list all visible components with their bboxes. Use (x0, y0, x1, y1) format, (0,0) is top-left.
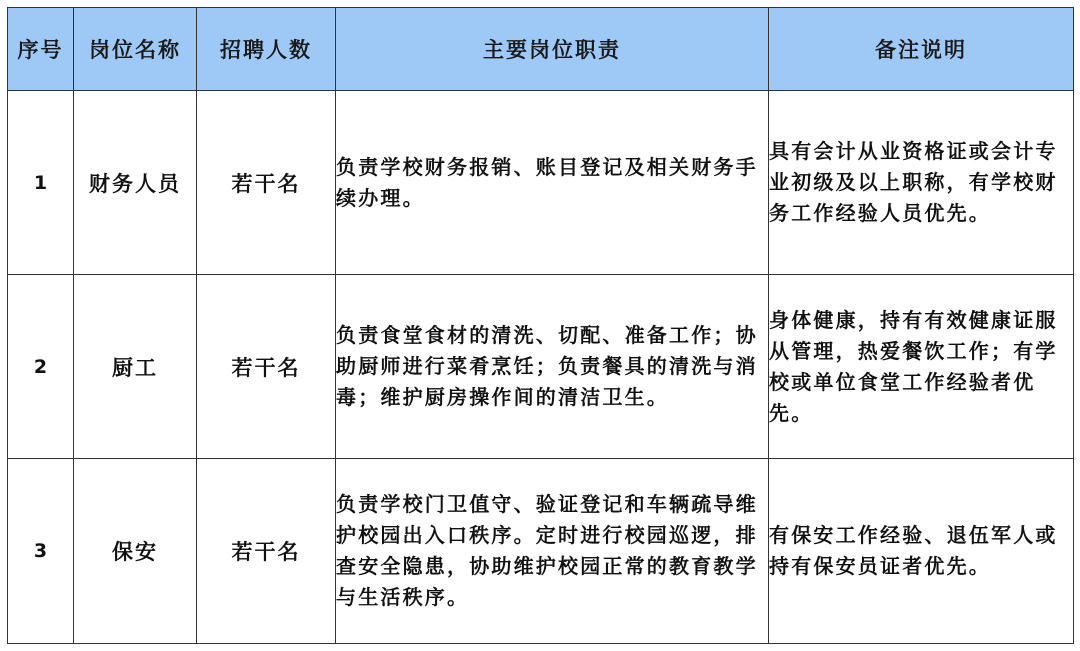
header-count: 招聘人数 (197, 8, 336, 91)
header-remarks: 备注说明 (769, 8, 1074, 91)
cell-position: 财务人员 (74, 91, 197, 275)
cell-index: 2 (8, 275, 74, 459)
table-row: 2 厨工 若干名 负责食堂食材的清洗、切配、准备工作；协助厨师进行菜肴烹饪；负责… (8, 275, 1074, 459)
header-row: 序号 岗位名称 招聘人数 主要岗位职责 备注说明 (8, 8, 1074, 91)
cell-count: 若干名 (197, 91, 336, 275)
cell-position: 厨工 (74, 275, 197, 459)
cell-count: 若干名 (197, 275, 336, 459)
header-duties: 主要岗位职责 (336, 8, 769, 91)
cell-duties: 负责学校门卫值守、验证登记和车辆疏导维护校园出入口秩序。定时进行校园巡逻，排查安… (336, 459, 769, 644)
cell-remarks: 具有会计从业资格证或会计专业初级及以上职称，有学校财务工作经验人员优先。 (769, 91, 1074, 275)
header-index: 序号 (8, 8, 74, 91)
table-row: 1 财务人员 若干名 负责学校财务报销、账目登记及相关财务手续办理。 具有会计从… (8, 91, 1074, 275)
header-position: 岗位名称 (74, 8, 197, 91)
cell-count: 若干名 (197, 459, 336, 644)
cell-duties: 负责食堂食材的清洗、切配、准备工作；协助厨师进行菜肴烹饪；负责餐具的清洗与消毒；… (336, 275, 769, 459)
cell-index: 3 (8, 459, 74, 644)
cell-index: 1 (8, 91, 74, 275)
cell-position: 保安 (74, 459, 197, 644)
recruitment-table: 序号 岗位名称 招聘人数 主要岗位职责 备注说明 1 财务人员 若干名 负责学校… (7, 7, 1074, 644)
cell-remarks: 有保安工作经验、退伍军人或持有保安员证者优先。 (769, 459, 1074, 644)
cell-duties: 负责学校财务报销、账目登记及相关财务手续办理。 (336, 91, 769, 275)
cell-remarks: 身体健康，持有有效健康证服从管理，热爱餐饮工作；有学校或单位食堂工作经验者优先。 (769, 275, 1074, 459)
table-row: 3 保安 若干名 负责学校门卫值守、验证登记和车辆疏导维护校园出入口秩序。定时进… (8, 459, 1074, 644)
